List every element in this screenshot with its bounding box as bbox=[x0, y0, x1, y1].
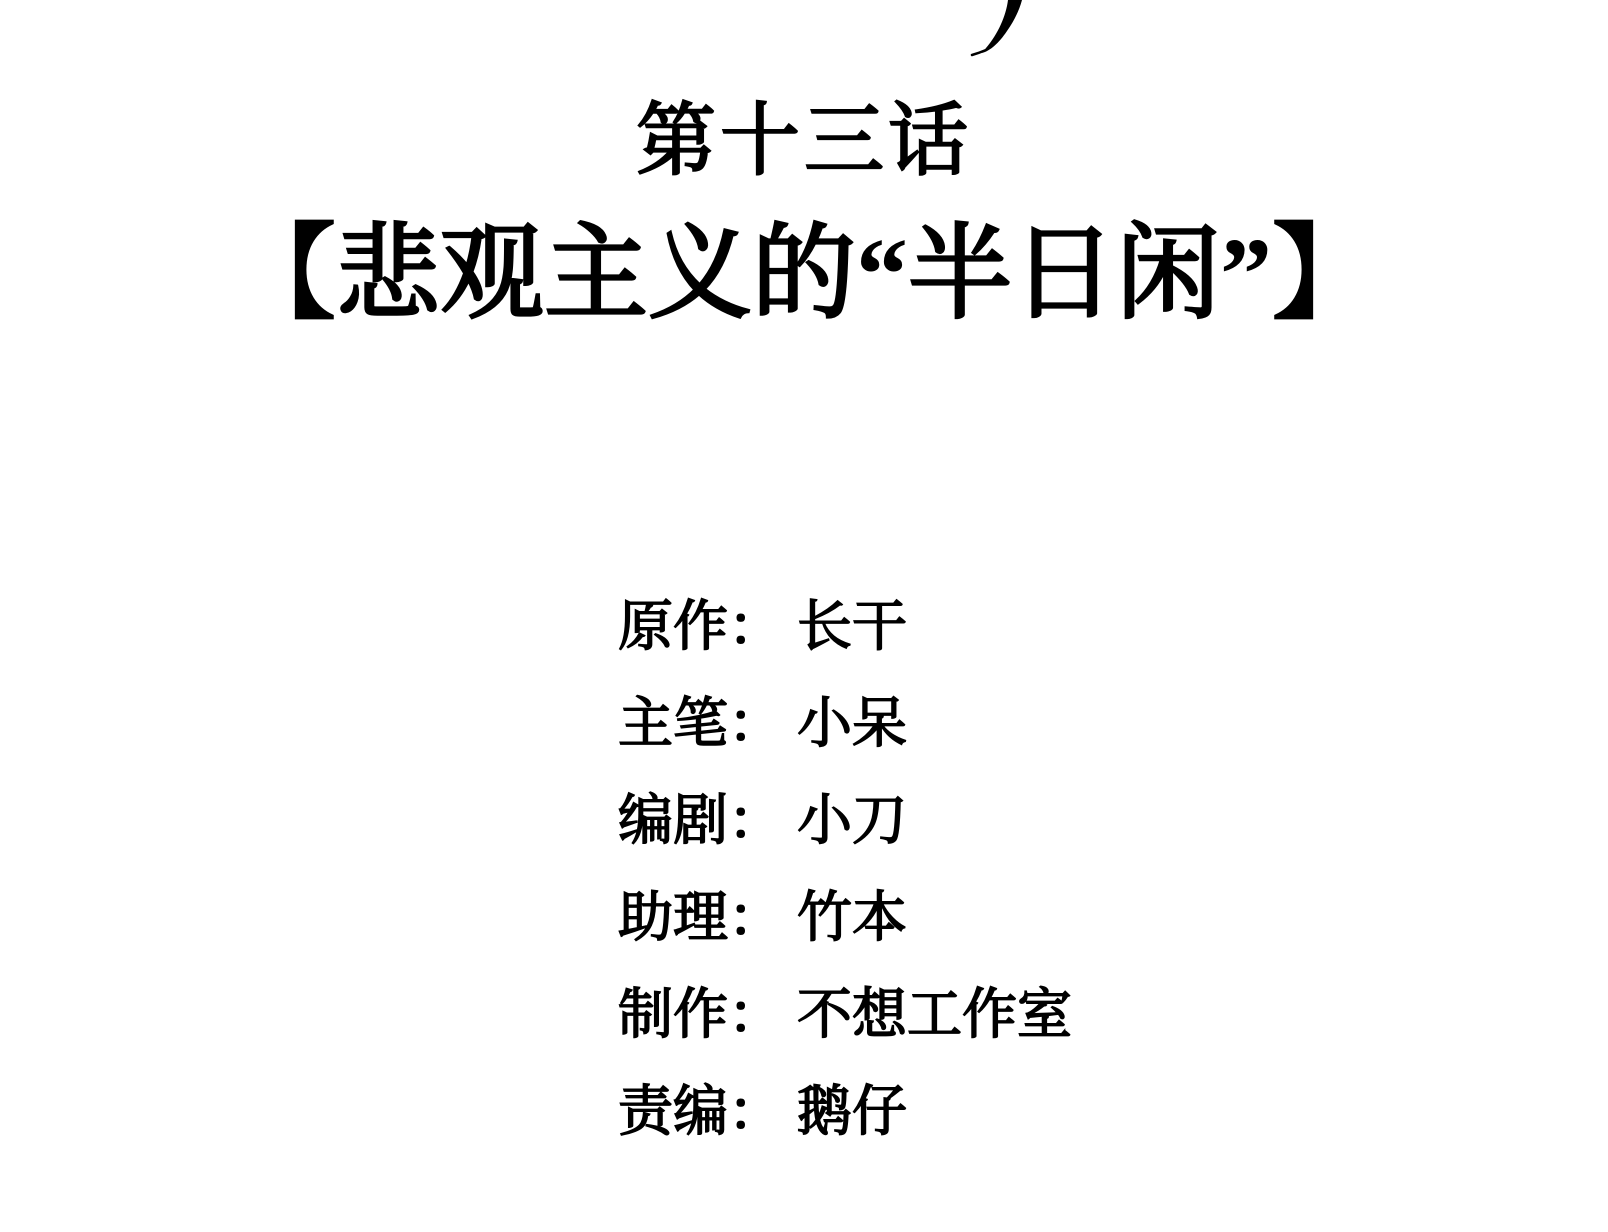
credit-role-label: 助理： bbox=[618, 886, 783, 948]
credit-name-value: 不想工作室 bbox=[797, 983, 1072, 1045]
episode-title: 【悲观主义的“半日闲”】 bbox=[0, 208, 1608, 342]
credit-role-label: 编剧： bbox=[618, 789, 783, 851]
credit-role-label: 主笔： bbox=[618, 692, 783, 754]
credit-name-value: 竹本 bbox=[797, 886, 907, 948]
brush-stroke-icon bbox=[930, 0, 1060, 70]
credit-line-screenwriter: 编剧：小刀 bbox=[618, 772, 1072, 869]
credit-line-production: 制作：不想工作室 bbox=[618, 966, 1072, 1063]
credit-line-lead-artist: 主笔：小呆 bbox=[618, 675, 1072, 772]
credit-name-value: 长干 bbox=[797, 595, 907, 657]
credit-name-value: 小刀 bbox=[797, 789, 907, 851]
credit-role-label: 制作： bbox=[618, 983, 783, 1045]
credit-name-value: 鹅仔 bbox=[797, 1080, 907, 1142]
credit-line-original-work: 原作：长干 bbox=[618, 578, 1072, 675]
chapter-number-heading: 第十三话 bbox=[0, 92, 1608, 192]
credit-role-label: 责编： bbox=[618, 1080, 783, 1142]
credits-list: 原作：长干 主笔：小呆 编剧：小刀 助理：竹本 制作：不想工作室 责编：鹅仔 bbox=[618, 578, 1072, 1160]
credit-name-value: 小呆 bbox=[797, 692, 907, 754]
credit-line-assistant: 助理：竹本 bbox=[618, 869, 1072, 966]
credit-line-editor: 责编：鹅仔 bbox=[618, 1063, 1072, 1160]
comic-chapter-title-page: 第十三话 【悲观主义的“半日闲”】 原作：长干 主笔：小呆 编剧：小刀 助理：竹… bbox=[0, 0, 1608, 1232]
credit-role-label: 原作： bbox=[618, 595, 783, 657]
